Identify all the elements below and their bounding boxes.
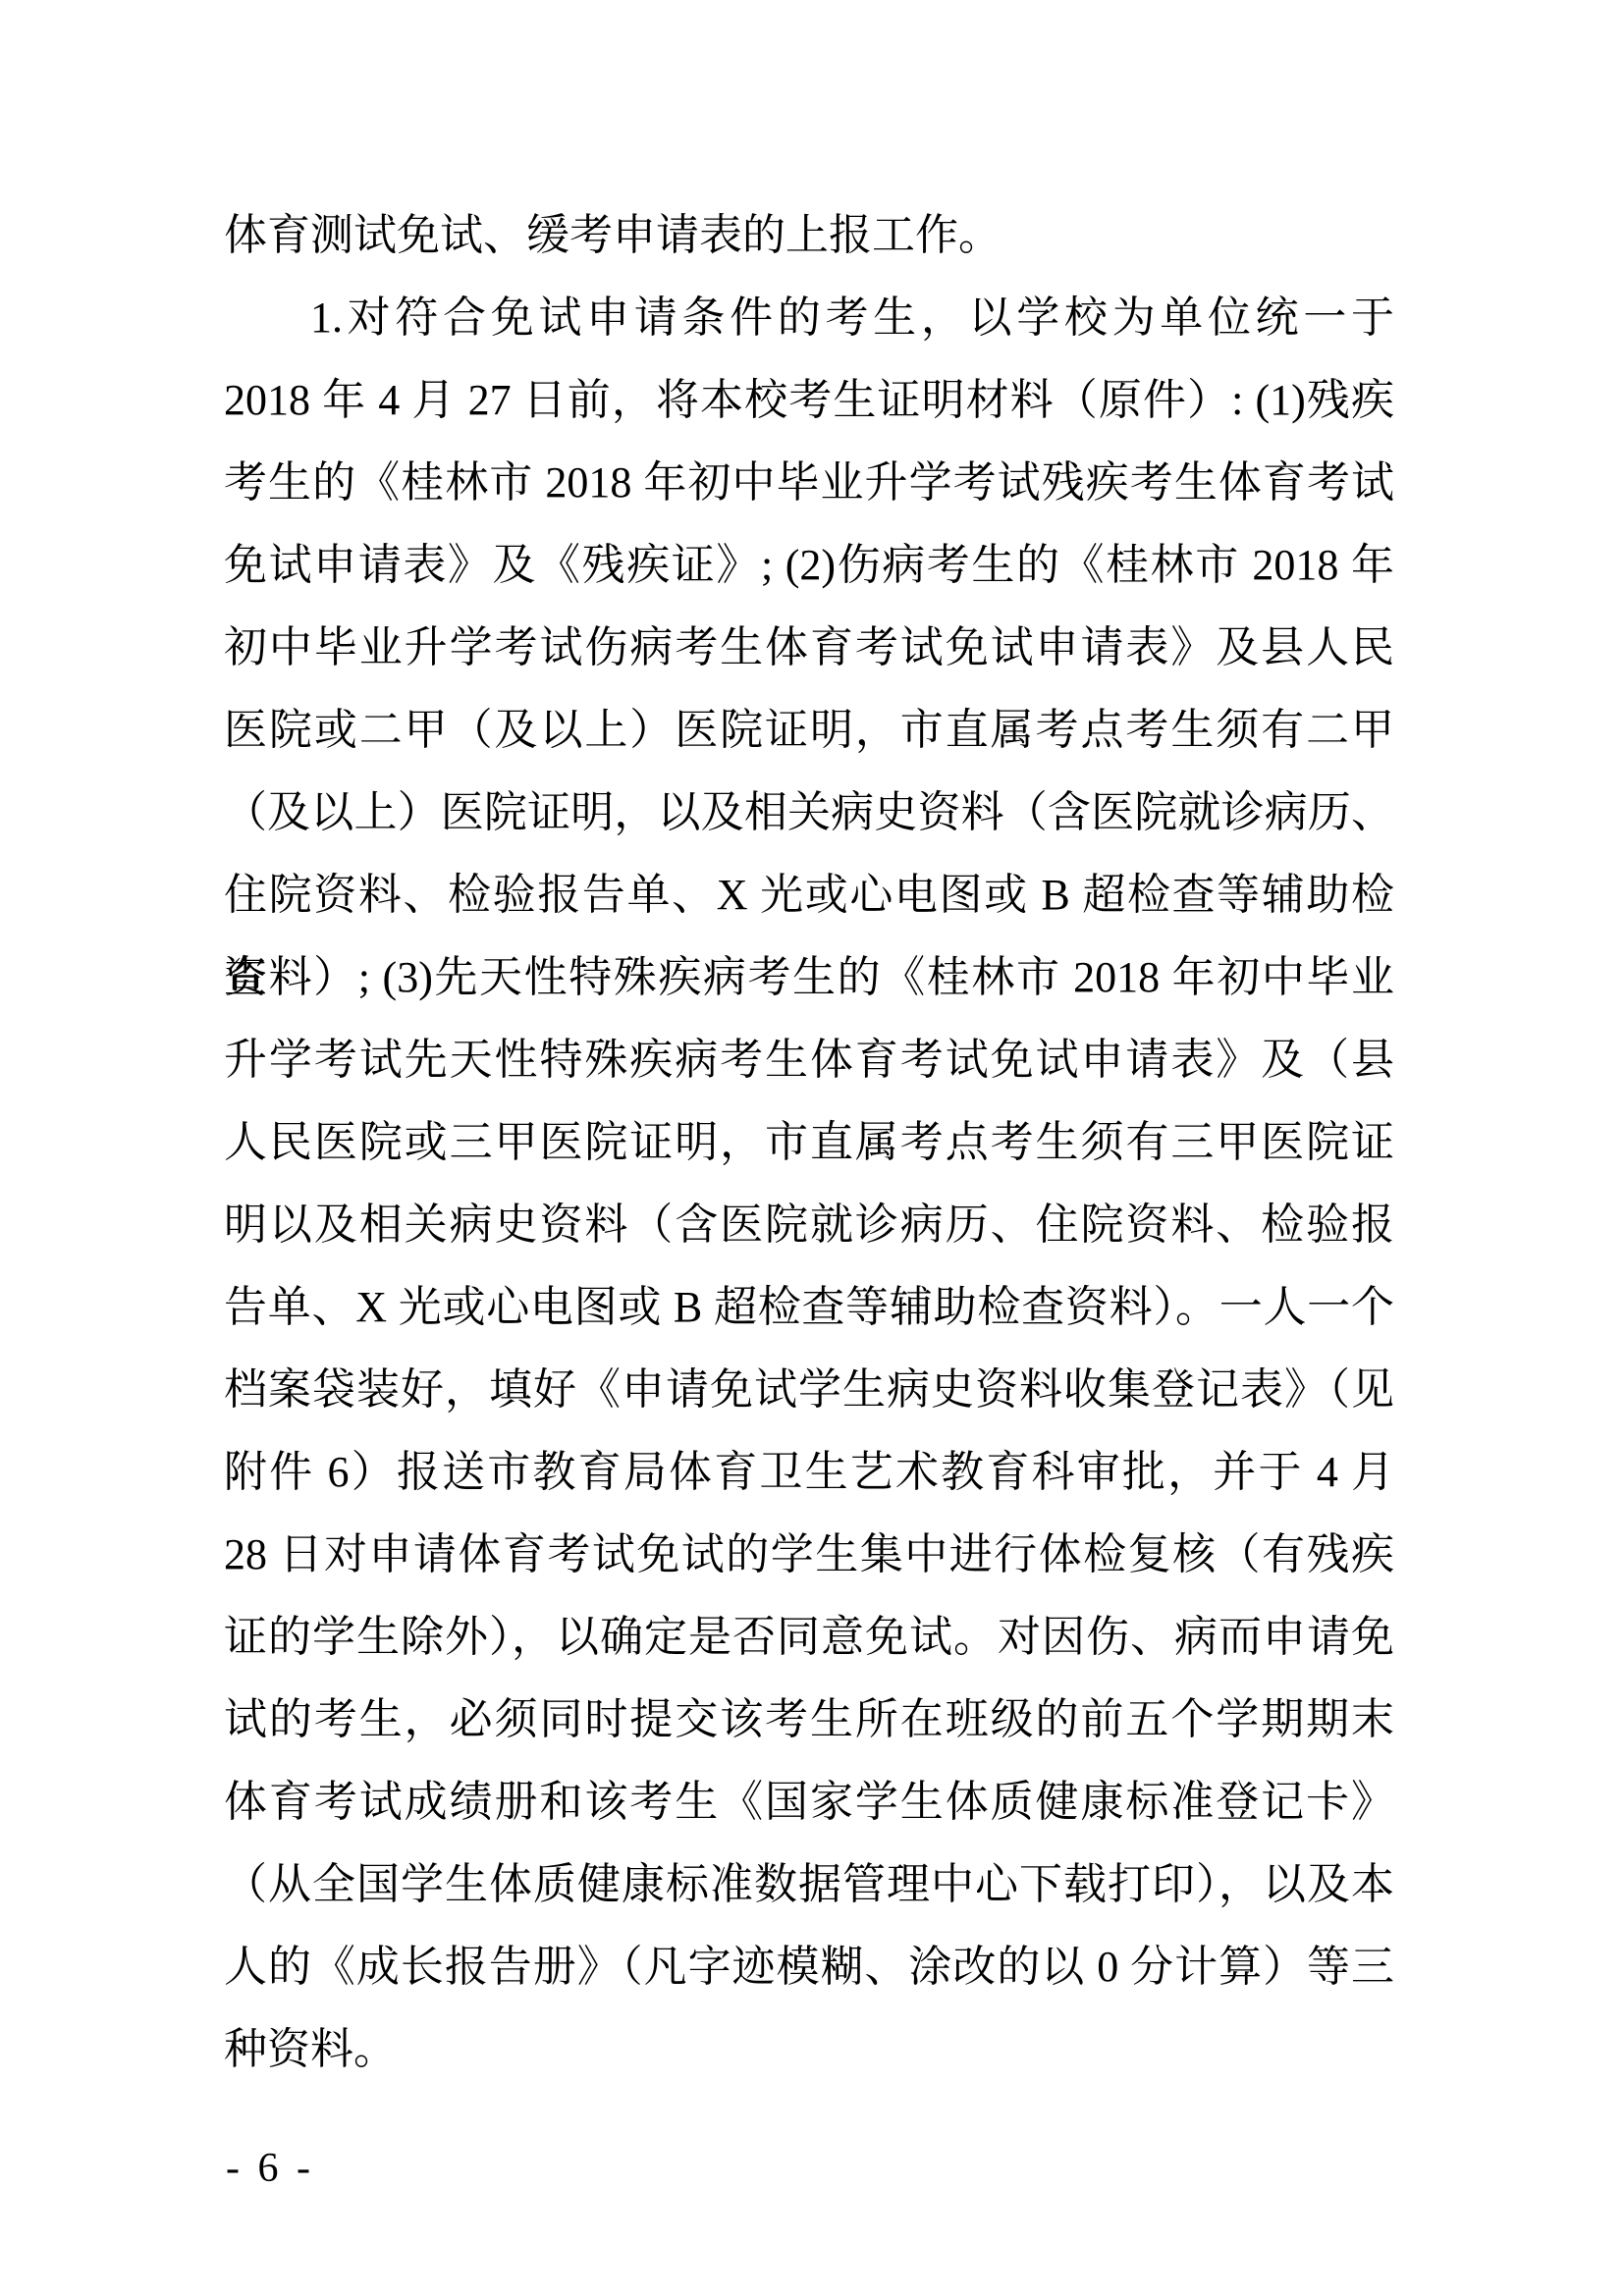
text-line: 人的《成长报告册》（凡字迹模糊、涂改的以 0 分计算）等三 xyxy=(224,1926,1394,2008)
text-line: 档案袋装好，填好《申请免试学生病史资料收集登记表》（见 xyxy=(224,1349,1394,1431)
text-line: 住院资料、检验报告单、X 光或心电图或 B 超检查等辅助检查 xyxy=(224,854,1394,936)
page-number: - 6 - xyxy=(226,2146,314,2191)
text-line: 免试申请表》及《残疾证》; (2)伤病考生的《桂林市 2018 年 xyxy=(224,524,1394,607)
text-line: 明以及相关病史资料（含医院就诊病历、住院资料、检验报 xyxy=(224,1184,1394,1266)
text-line: 2018 年 4 月 27 日前，将本校考生证明材料（原件）: (1)残疾 xyxy=(224,359,1394,442)
text-line: 体育测试免试、缓考申请表的上报工作。 xyxy=(224,194,1394,277)
text-line: 考生的《桂林市 2018 年初中毕业升学考试残疾考生体育考试 xyxy=(224,442,1394,524)
text-line: 1.对符合免试申请条件的考生，以学校为单位统一于 xyxy=(224,277,1394,359)
text-line: 告单、X 光或心电图或 B 超检查等辅助检查资料）。一人一个 xyxy=(224,1266,1394,1349)
text-line: 升学考试先天性特殊疾病考生体育考试免试申请表》及（县 xyxy=(224,1019,1394,1101)
text-line: （从全国学生体质健康标准数据管理中心下载打印），以及本 xyxy=(224,1843,1394,1926)
text-line: 体育考试成绩册和该考生《国家学生体质健康标准登记卡》 xyxy=(224,1761,1394,1843)
text-line: 试的考生，必须同时提交该考生所在班级的前五个学期期末 xyxy=(224,1679,1394,1761)
document-body: 体育测试免试、缓考申请表的上报工作。1.对符合免试申请条件的考生，以学校为单位统… xyxy=(224,194,1394,2091)
text-line: （及以上）医院证明，以及相关病史资料（含医院就诊病历、 xyxy=(224,772,1394,854)
text-line: 初中毕业升学考试伤病考生体育考试免试申请表》及县人民 xyxy=(224,607,1394,689)
text-line: 资料）; (3)先天性特殊疾病考生的《桂林市 2018 年初中毕业 xyxy=(224,936,1394,1019)
document-page: 体育测试免试、缓考申请表的上报工作。1.对符合免试申请条件的考生，以学校为单位统… xyxy=(0,0,1624,2296)
text-line: 人民医院或三甲医院证明，市直属考点考生须有三甲医院证 xyxy=(224,1101,1394,1184)
text-line: 28 日对申请体育考试免试的学生集中进行体检复核（有残疾 xyxy=(224,1514,1394,1596)
text-line: 附件 6）报送市教育局体育卫生艺术教育科审批，并于 4 月 xyxy=(224,1431,1394,1514)
text-line: 种资料。 xyxy=(224,2008,1394,2091)
text-line: 证的学生除外），以确定是否同意免试。对因伤、病而申请免 xyxy=(224,1596,1394,1679)
text-line: 医院或二甲（及以上）医院证明，市直属考点考生须有二甲 xyxy=(224,689,1394,772)
